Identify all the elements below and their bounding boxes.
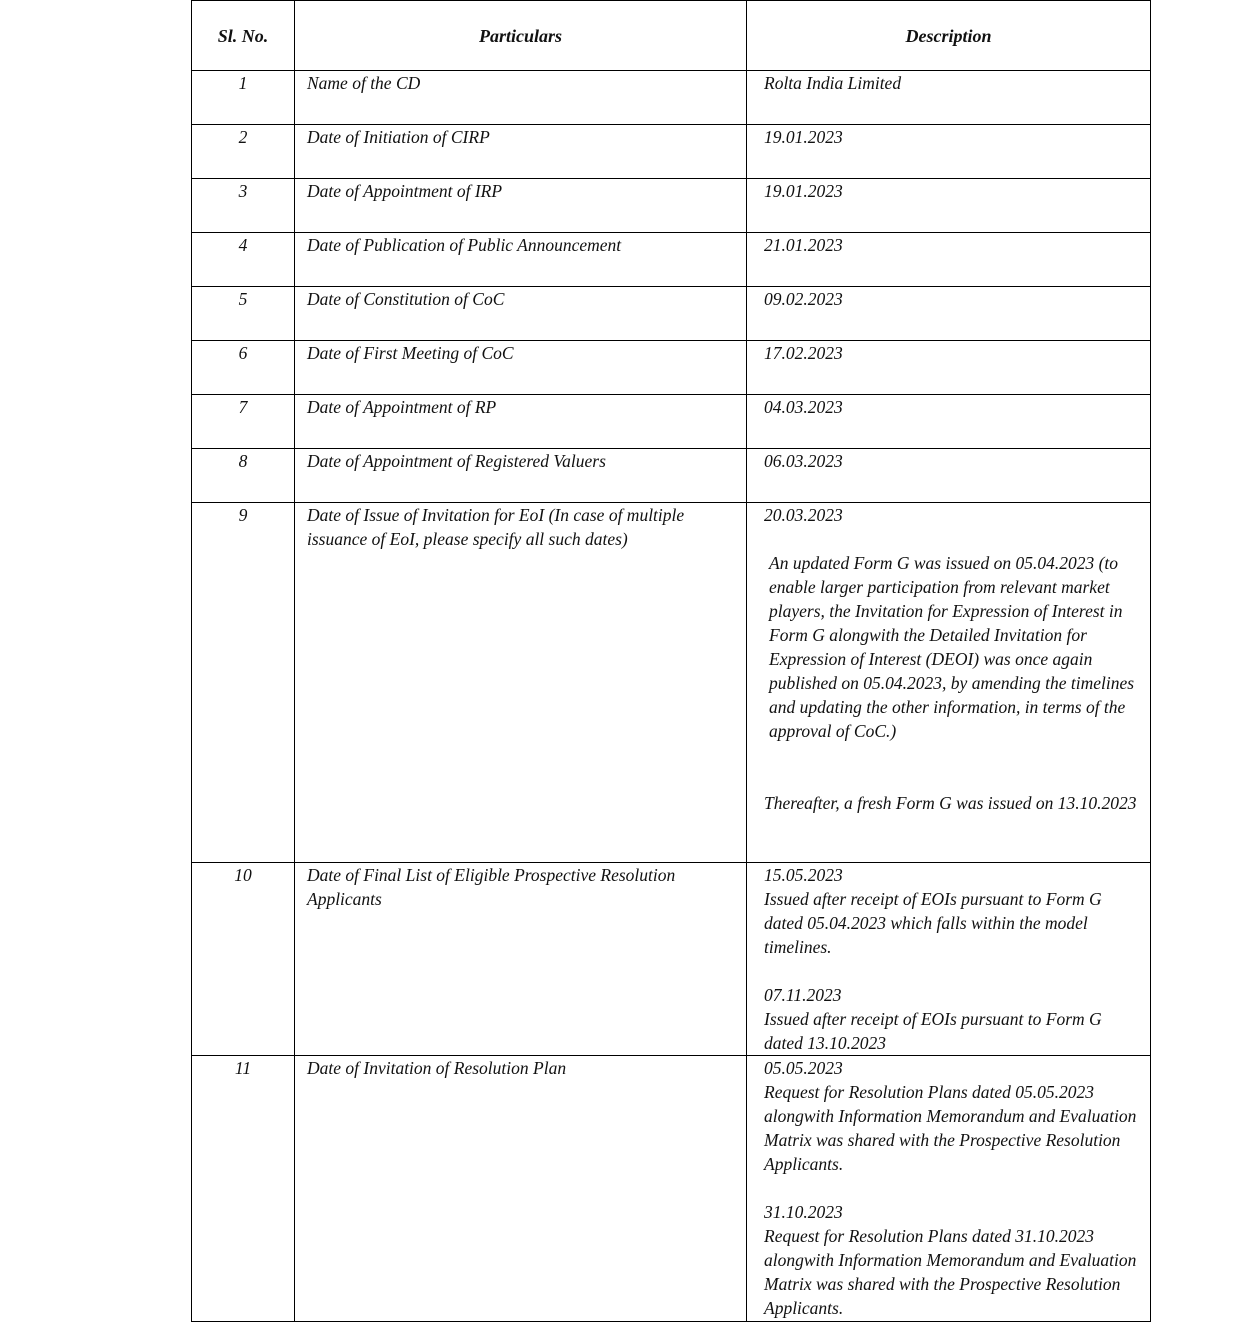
row-particular: Date of Final List of Eligible Prospecti… (295, 863, 747, 1056)
row-particular: Date of First Meeting of CoC (295, 341, 747, 395)
entry-date: 15.05.2023 (764, 863, 1142, 887)
table-row: 1 Name of the CD Rolta India Limited (192, 71, 1151, 125)
entry-text: Request for Resolution Plans dated 05.05… (764, 1080, 1142, 1176)
row-sl: 11 (192, 1056, 295, 1322)
row-particular: Date of Invitation of Resolution Plan (295, 1056, 747, 1322)
row-sl: 6 (192, 341, 295, 395)
row-particular: Date of Appointment of RP (295, 395, 747, 449)
table-row: 10 Date of Final List of Eligible Prospe… (192, 863, 1151, 1056)
row-description: 05.05.2023 Request for Resolution Plans … (747, 1056, 1151, 1322)
row-description: 19.01.2023 (747, 125, 1151, 179)
table-row: 6 Date of First Meeting of CoC 17.02.202… (192, 341, 1151, 395)
row-description: 21.01.2023 (747, 233, 1151, 287)
entry-text: Issued after receipt of EOIs pursuant to… (764, 1007, 1142, 1055)
table-row: 5 Date of Constitution of CoC 09.02.2023 (192, 287, 1151, 341)
cirp-timeline-table: Sl. No. Particulars Description 1 Name o… (191, 0, 1151, 1322)
eoi-date: 20.03.2023 (764, 503, 1142, 527)
row-sl: 5 (192, 287, 295, 341)
row-description: Rolta India Limited (747, 71, 1151, 125)
entry-text: Request for Resolution Plans dated 31.10… (764, 1224, 1142, 1320)
row-description: 09.02.2023 (747, 287, 1151, 341)
entry-date: 31.10.2023 (764, 1200, 1142, 1224)
entry-date: 05.05.2023 (764, 1056, 1142, 1080)
table-row: 7 Date of Appointment of RP 04.03.2023 (192, 395, 1151, 449)
row-description: 17.02.2023 (747, 341, 1151, 395)
table-row: 4 Date of Publication of Public Announce… (192, 233, 1151, 287)
row-sl: 3 (192, 179, 295, 233)
header-sl-no: Sl. No. (192, 1, 295, 71)
row-sl: 8 (192, 449, 295, 503)
row-sl: 2 (192, 125, 295, 179)
entry-text: Issued after receipt of EOIs pursuant to… (764, 887, 1142, 959)
table-row: 8 Date of Appointment of Registered Valu… (192, 449, 1151, 503)
row-particular: Date of Initiation of CIRP (295, 125, 747, 179)
row-particular: Date of Constitution of CoC (295, 287, 747, 341)
row-sl: 1 (192, 71, 295, 125)
row-particular: Date of Appointment of IRP (295, 179, 747, 233)
eoi-update-note: An updated Form G was issued on 05.04.20… (764, 551, 1142, 743)
table-row: 2 Date of Initiation of CIRP 19.01.2023 (192, 125, 1151, 179)
row-description: 15.05.2023 Issued after receipt of EOIs … (747, 863, 1151, 1056)
entry-date: 07.11.2023 (764, 983, 1142, 1007)
row-sl: 9 (192, 503, 295, 863)
row-description: 19.01.2023 (747, 179, 1151, 233)
header-description: Description (747, 1, 1151, 71)
table-row: 9 Date of Issue of Invitation for EoI (I… (192, 503, 1151, 863)
row-description: 06.03.2023 (747, 449, 1151, 503)
table-row: 11 Date of Invitation of Resolution Plan… (192, 1056, 1151, 1322)
row-description: 20.03.2023 An updated Form G was issued … (747, 503, 1151, 863)
row-description: 04.03.2023 (747, 395, 1151, 449)
row-particular: Name of the CD (295, 71, 747, 125)
eoi-fresh-note: Thereafter, a fresh Form G was issued on… (764, 791, 1142, 815)
row-particular: Date of Appointment of Registered Valuer… (295, 449, 747, 503)
row-sl: 7 (192, 395, 295, 449)
row-sl: 10 (192, 863, 295, 1056)
row-particular: Date of Issue of Invitation for EoI (In … (295, 503, 747, 863)
table-row: 3 Date of Appointment of IRP 19.01.2023 (192, 179, 1151, 233)
row-sl: 4 (192, 233, 295, 287)
table-header-row: Sl. No. Particulars Description (192, 1, 1151, 71)
header-particulars: Particulars (295, 1, 747, 71)
row-particular: Date of Publication of Public Announceme… (295, 233, 747, 287)
